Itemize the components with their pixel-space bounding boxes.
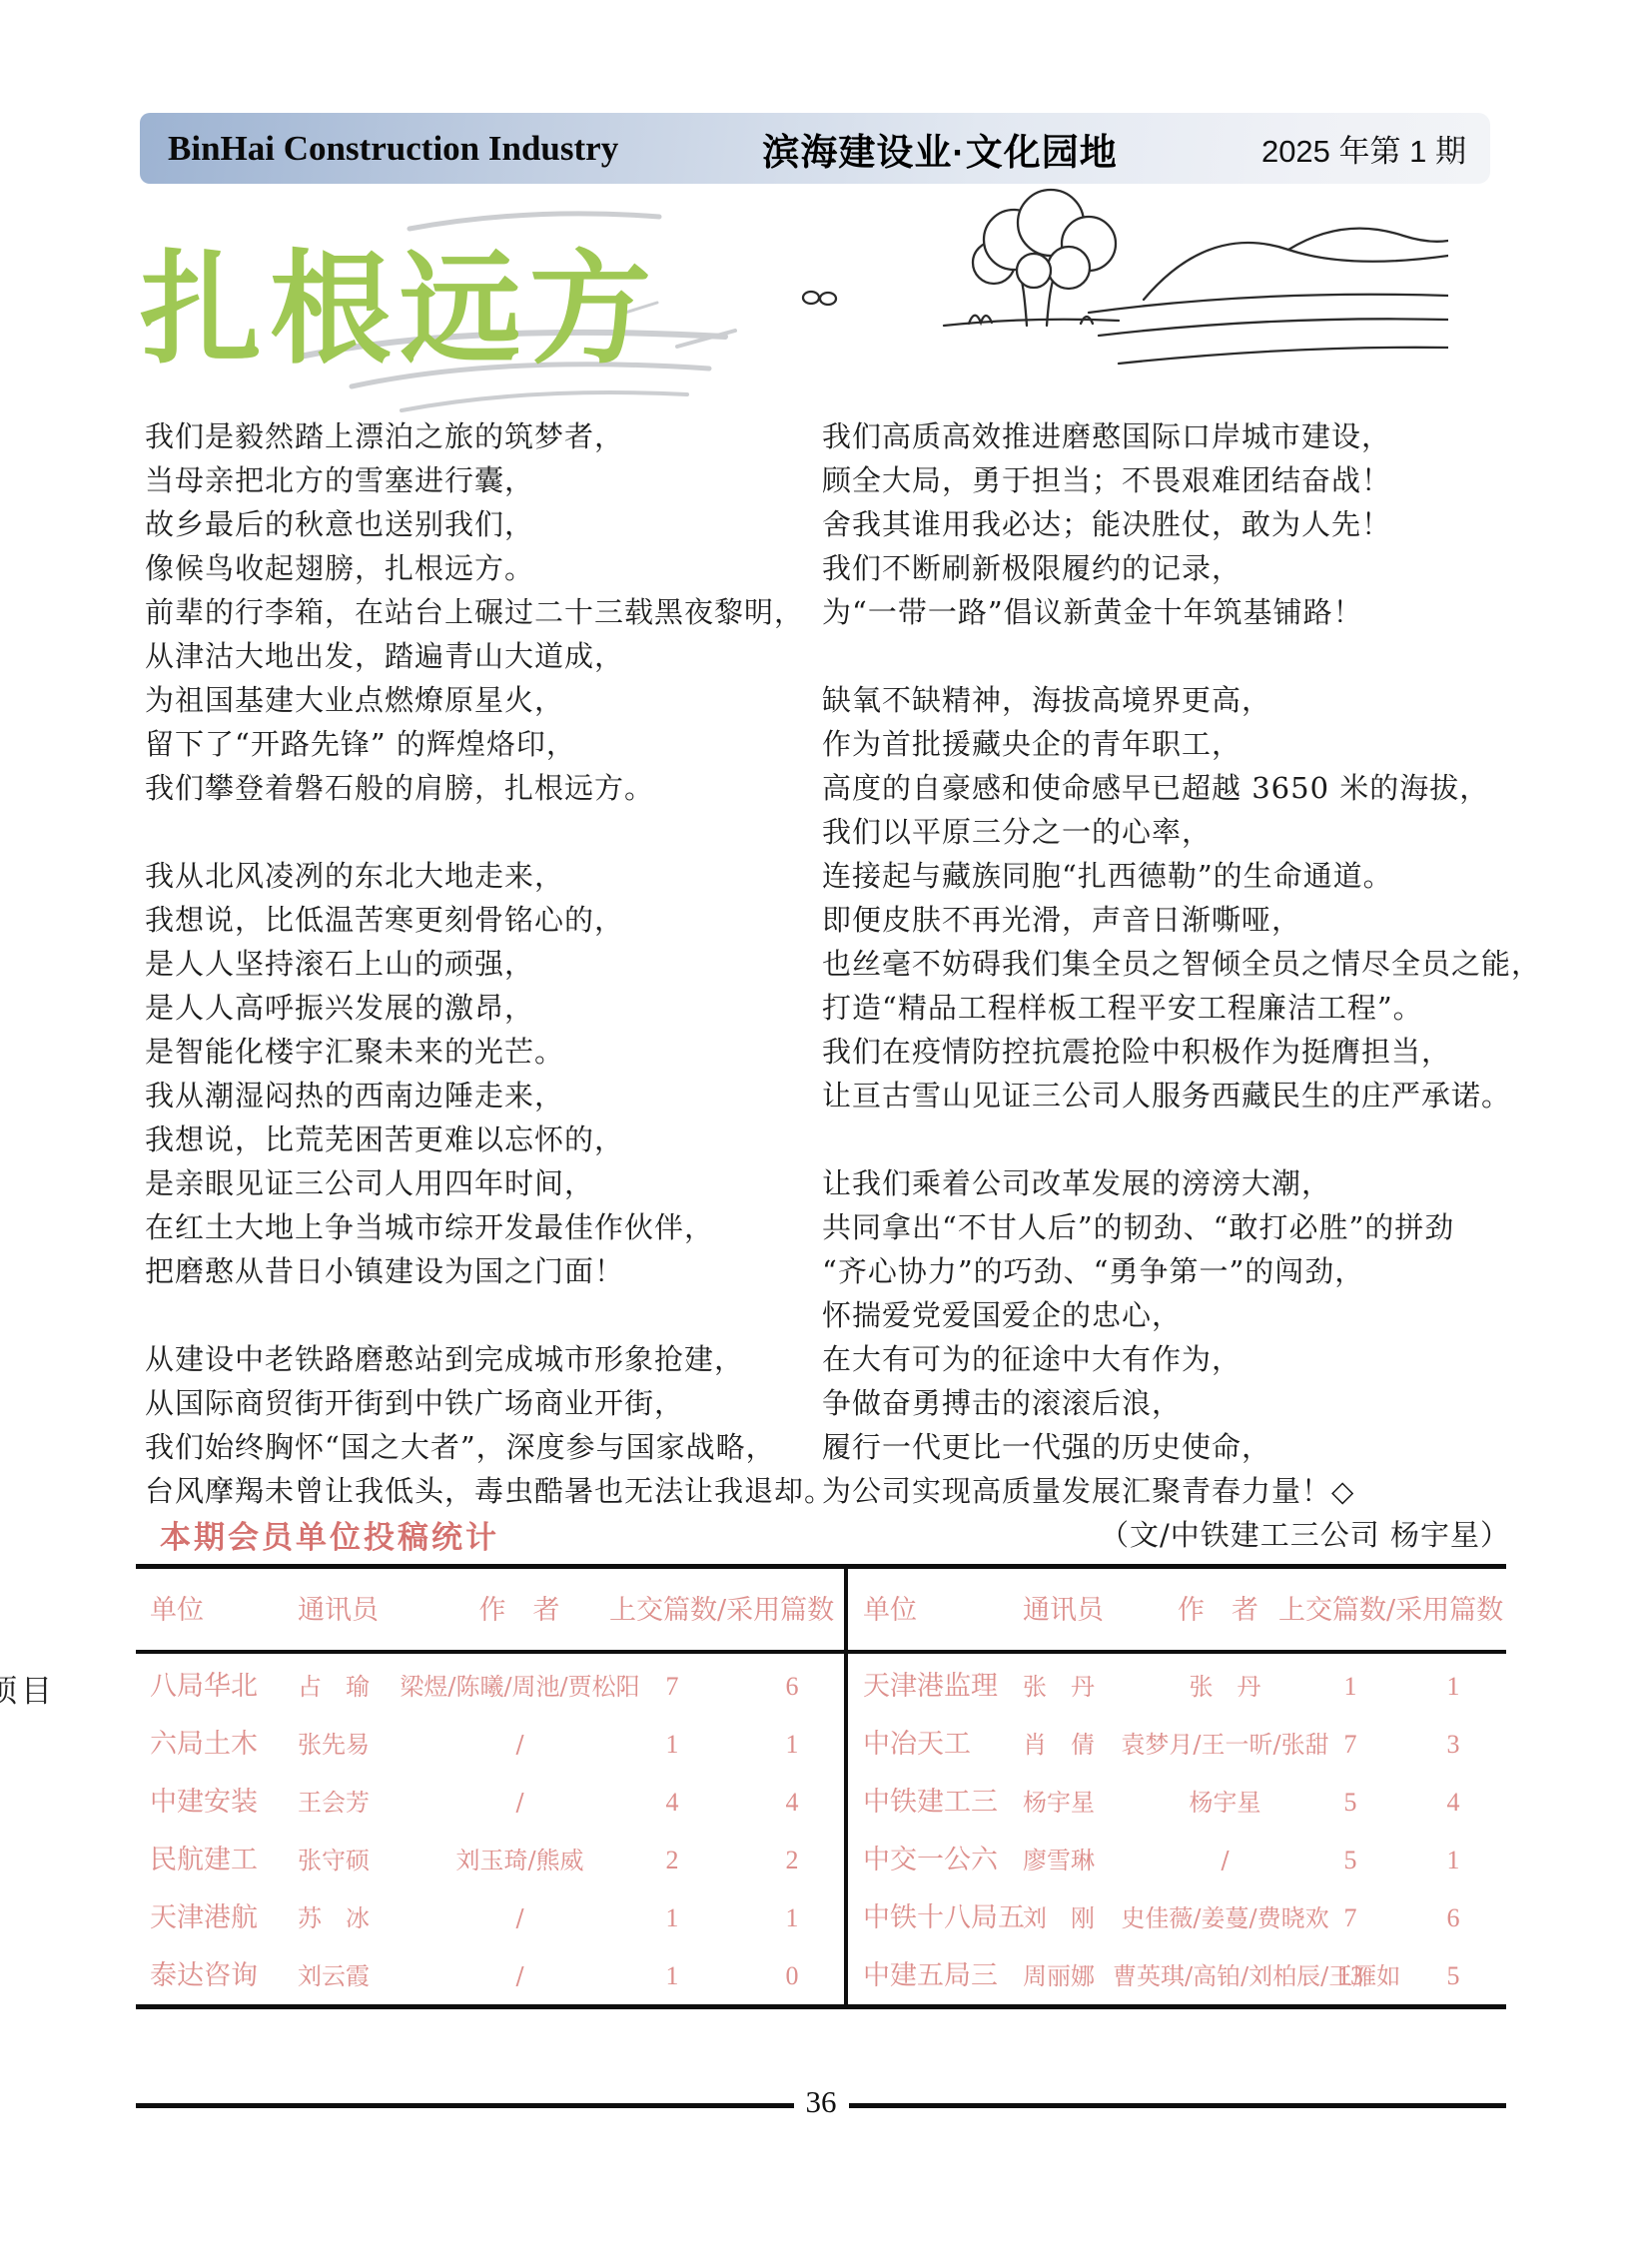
cell-unit: 中交一公六 xyxy=(863,1832,998,1889)
poem-line: 把磨憨从昔日小镇建设为国之门面！ xyxy=(145,1249,834,1293)
column-header-author: 作 者 xyxy=(439,1586,599,1636)
poem-line: 打造“精品工程样板工程平安工程廉洁工程”。 xyxy=(822,986,1516,1030)
cell-adopted: 6 xyxy=(747,1658,837,1716)
column-header-counts: 上交篇数/采用篇数 xyxy=(1278,1586,1506,1636)
cell-submitted: 1 xyxy=(627,1889,717,1947)
column-header-reporter: 通讯员 xyxy=(298,1586,379,1636)
poem-line: 像候鸟收起翅膀，扎根远方。 xyxy=(145,546,834,590)
poem-line: 故乡最后的秋意也送别我们， xyxy=(145,502,834,546)
poem-right-column: 我们高质高效推进磨憨国际口岸城市建设， 顾全大局，勇于担当；不畏艰难团结奋战！ … xyxy=(822,414,1516,1557)
poem-line: 在红土大地上争当城市综开发最佳作伙伴， xyxy=(145,1205,834,1249)
cell-adopted: 1 xyxy=(747,1889,837,1947)
masthead-issue-number: 2025 年第 1 期 xyxy=(1261,126,1466,171)
cell-adopted: 1 xyxy=(1408,1832,1498,1889)
page-number-value: 36 xyxy=(794,2084,849,2119)
poem-line xyxy=(822,1118,1516,1161)
poem-line: 在大有可为的征途中大有作为， xyxy=(822,1337,1516,1381)
poem-line: 是人人坚持滚石上山的顽强， xyxy=(145,942,834,986)
cell-adopted: 2 xyxy=(747,1832,837,1889)
cell-unit: 民航建工 xyxy=(150,1832,258,1889)
cell-author: / xyxy=(398,1774,642,1832)
poem-line: 台风摩羯未曾让我低头，毒虫酷暑也无法让我退却。 xyxy=(145,1469,834,1513)
table-row: 天津港航 苏 冰 / 1 1 xyxy=(140,1889,851,1947)
table-row: 八局华北 占 瑜 梁煜/陈曦/周池/贾松阳 7 6 xyxy=(140,1658,851,1716)
tree-landscape-illustration xyxy=(789,178,1448,382)
poem-line: 即便皮肤不再光滑，声音日渐嘶哑， xyxy=(822,898,1516,942)
cell-submitted: 4 xyxy=(627,1774,717,1832)
article-title: 扎根远方 xyxy=(140,244,659,373)
poem-line: 是智能化楼宇汇聚未来的光芒。 xyxy=(145,1030,834,1074)
poem-line: 顾全大局，勇于担当；不畏艰难团结奋战！ xyxy=(822,458,1516,502)
poem-line: 我从北风凌冽的东北大地走来， xyxy=(145,854,834,898)
cell-adopted: 0 xyxy=(747,1947,837,2005)
cell-submitted: 7 xyxy=(627,1658,717,1716)
poem-line: 从建设中老铁路磨憨站到完成城市形象抢建， xyxy=(145,1337,834,1381)
poem-line: 从国际商贸街开街到中铁广场商业开街， xyxy=(145,1381,834,1425)
poem-line: 也丝毫不妨碍我们集全员之智倾全员之情尽全员之能， xyxy=(822,942,1516,986)
poem-line: 当母亲把北方的雪塞进行囊， xyxy=(145,458,834,502)
page-number: 36 xyxy=(136,2084,1506,2120)
cell-author: / xyxy=(398,1716,642,1774)
masthead: BinHai Construction Industry 滨海建设业·文化园地 … xyxy=(140,113,1490,184)
magazine-page: BinHai Construction Industry 滨海建设业·文化园地 … xyxy=(0,0,1652,2241)
table-row: 六局土木 张先易 / 1 1 xyxy=(140,1716,851,1774)
poem-line: 我想说，比荒芜困苦更难以忘怀的， xyxy=(145,1118,834,1161)
cell-author: / xyxy=(398,1947,642,2005)
masthead-english-title: BinHai Construction Industry xyxy=(168,129,618,169)
masthead-section-title: 滨海建设业·文化园地 xyxy=(762,122,1117,176)
table-row: 天津港监理 张 丹 张 丹 1 1 xyxy=(851,1658,1510,1716)
cell-unit: 八局华北 xyxy=(150,1658,258,1716)
cell-submitted: 1 xyxy=(1305,1658,1395,1716)
cell-submitted: 13 xyxy=(1305,1947,1395,2005)
cell-submitted: 7 xyxy=(1305,1716,1395,1774)
poem-line: 我们以平原三分之一的心率， xyxy=(822,810,1516,854)
cell-author: / xyxy=(398,1889,642,1947)
poem-line: 让亘古雪山见证三公司人服务西藏民生的庄严承诺。 xyxy=(822,1074,1516,1118)
table-row: 中交一公六 廖雪琳 / 5 1 xyxy=(851,1832,1510,1889)
table-top-rule xyxy=(136,1564,1506,1569)
poem-line: 我们是毅然踏上漂泊之旅的筑梦者， xyxy=(145,414,834,458)
cell-adopted: 6 xyxy=(1408,1889,1498,1947)
column-header-unit: 单位 xyxy=(150,1586,204,1636)
poem-line: 为公司实现高质量发展汇聚青春力量！◇ xyxy=(822,1469,1516,1513)
cell-adopted: 1 xyxy=(747,1716,837,1774)
table-header-rule xyxy=(136,1650,1506,1654)
poem-line: 舍我其谁用我必达；能决胜仗，敢为人先！ xyxy=(822,502,1516,546)
column-header-counts: 上交篇数/采用篇数 xyxy=(609,1586,849,1636)
cell-unit: 天津港监理 xyxy=(863,1658,998,1716)
table-row: 中冶天工 肖 倩 袁梦月/王一昕/张甜 7 3 xyxy=(851,1716,1510,1774)
cell-unit: 中冶天工 xyxy=(863,1716,971,1774)
poem-line: 我们高质高效推进磨憨国际口岸城市建设， xyxy=(822,414,1516,458)
cell-adopted: 1 xyxy=(1408,1658,1498,1716)
poem-line: 我们始终胸怀“国之大者”，深度参与国家战略， xyxy=(145,1425,834,1469)
poem-line: 是亲眼见证三公司人用四年时间， xyxy=(145,1161,834,1205)
poem-line: 留下了“开路先锋” 的辉煌烙印， xyxy=(145,722,834,766)
edge-clipped-text: 项目 xyxy=(0,1666,56,1711)
cell-author: / xyxy=(1113,1832,1337,1889)
poem-line: 连接起与藏族同胞“扎西德勒”的生命通道。 xyxy=(822,854,1516,898)
table-row: 中铁十八局五 刘 刚 史佳薇/姜蔓/费晓欢 7 6 xyxy=(851,1889,1510,1947)
poem-line: 作为首批援藏央企的青年职工， xyxy=(822,722,1516,766)
cell-author: 史佳薇/姜蔓/费晓欢 xyxy=(1113,1889,1337,1947)
poem-line: 我想说，比低温苦寒更刻骨铭心的， xyxy=(145,898,834,942)
stats-table-header-right: 单位 通讯员 作 者 上交篇数/采用篇数 xyxy=(851,1586,1510,1636)
poem-line: 为“一带一路”倡议新黄金十年筑基铺路！ xyxy=(822,590,1516,634)
cell-submitted: 5 xyxy=(1305,1774,1395,1832)
column-header-unit: 单位 xyxy=(863,1586,917,1636)
cell-unit: 中铁十八局五 xyxy=(863,1889,1025,1947)
cell-submitted: 7 xyxy=(1305,1889,1395,1947)
table-row: 中建五局三 周丽娜 曹英琪/高铂/刘柏辰/王雁如 13 5 xyxy=(851,1947,1510,2005)
table-row: 民航建工 张守硕 刘玉琦/熊威 2 2 xyxy=(140,1832,851,1889)
cell-author: 杨宇星 xyxy=(1113,1774,1337,1832)
cell-submitted: 2 xyxy=(627,1832,717,1889)
author-attribution: （文/中铁建工三公司 杨宇星） xyxy=(822,1513,1516,1557)
poem-line: 高度的自豪感和使命感早已超越 3650 米的海拔， xyxy=(822,766,1516,810)
cell-adopted: 4 xyxy=(1408,1774,1498,1832)
cell-author: 曹英琪/高铂/刘柏辰/王雁如 xyxy=(1113,1947,1337,2005)
poem-line xyxy=(822,634,1516,678)
cell-adopted: 3 xyxy=(1408,1716,1498,1774)
poem-line: 我从潮湿闷热的西南边陲走来， xyxy=(145,1074,834,1118)
poem-line: 我们攀登着磐石般的肩膀，扎根远方。 xyxy=(145,766,834,810)
cell-unit: 泰达咨询 xyxy=(150,1947,258,2005)
poem-line: 履行一代更比一代强的历史使命， xyxy=(822,1425,1516,1469)
stats-table-left: 八局华北 占 瑜 梁煜/陈曦/周池/贾松阳 7 6 六局土木 张先易 / 1 1… xyxy=(140,1658,851,2005)
poem-left-column: 我们是毅然踏上漂泊之旅的筑梦者， 当母亲把北方的雪塞进行囊， 故乡最后的秋意也送… xyxy=(145,414,834,1513)
cell-adopted: 4 xyxy=(747,1774,837,1832)
table-row: 泰达咨询 刘云霞 / 1 0 xyxy=(140,1947,851,2005)
poem-line: 我们在疫情防控抗震抢险中积极作为挺膺担当， xyxy=(822,1030,1516,1074)
poem-line: 是人人高呼振兴发展的激昂， xyxy=(145,986,834,1030)
poem-line: 我们不断刷新极限履约的记录， xyxy=(822,546,1516,590)
poem-line xyxy=(145,810,834,854)
poem-line xyxy=(145,1293,834,1337)
cell-author: 张 丹 xyxy=(1113,1658,1337,1716)
poem-line: 让我们乘着公司改革发展的滂滂大潮， xyxy=(822,1161,1516,1205)
poem-line: 争做奋勇搏击的滚滚后浪， xyxy=(822,1381,1516,1425)
table-row: 中建安装 王会芳 / 4 4 xyxy=(140,1774,851,1832)
cell-unit: 中建五局三 xyxy=(863,1947,998,2005)
stats-table-header-left: 单位 通讯员 作 者 上交篇数/采用篇数 xyxy=(140,1586,851,1636)
stats-table-right: 天津港监理 张 丹 张 丹 1 1 中冶天工 肖 倩 袁梦月/王一昕/张甜 7 … xyxy=(851,1658,1510,2005)
poem-line: 缺氧不缺精神，海拔高境界更高， xyxy=(822,678,1516,722)
poem-line: 为祖国基建大业点燃燎原星火， xyxy=(145,678,834,722)
table-row: 中铁建工三 杨宇星 杨宇星 5 4 xyxy=(851,1774,1510,1832)
poem-line: 从津沽大地出发，踏遍青山大道成， xyxy=(145,634,834,678)
cell-author: 袁梦月/王一昕/张甜 xyxy=(1113,1716,1337,1774)
cell-unit: 中铁建工三 xyxy=(863,1774,998,1832)
column-header-reporter: 通讯员 xyxy=(1023,1586,1104,1636)
cell-unit: 中建安装 xyxy=(150,1774,258,1832)
poem-line: 怀揣爱党爱国爱企的忠心， xyxy=(822,1293,1516,1337)
cell-submitted: 5 xyxy=(1305,1832,1395,1889)
cell-submitted: 1 xyxy=(627,1716,717,1774)
poem-line: “齐心协力”的巧劲、“勇争第一”的闯劲， xyxy=(822,1249,1516,1293)
cell-author: 刘玉琦/熊威 xyxy=(398,1832,642,1889)
cell-unit: 六局土木 xyxy=(150,1716,258,1774)
cell-submitted: 1 xyxy=(627,1947,717,2005)
stats-section-title: 本期会员单位投稿统计 xyxy=(160,1512,499,1557)
cell-unit: 天津港航 xyxy=(150,1889,258,1947)
cell-adopted: 5 xyxy=(1408,1947,1498,2005)
poem-line: 共同拿出“不甘人后”的韧劲、“敢打必胜”的拼劲 xyxy=(822,1205,1516,1249)
poem-line: 前辈的行李箱，在站台上碾过二十三载黑夜黎明， xyxy=(145,590,834,634)
column-header-author: 作 者 xyxy=(1146,1586,1290,1636)
cell-author: 梁煜/陈曦/周池/贾松阳 xyxy=(398,1658,642,1716)
